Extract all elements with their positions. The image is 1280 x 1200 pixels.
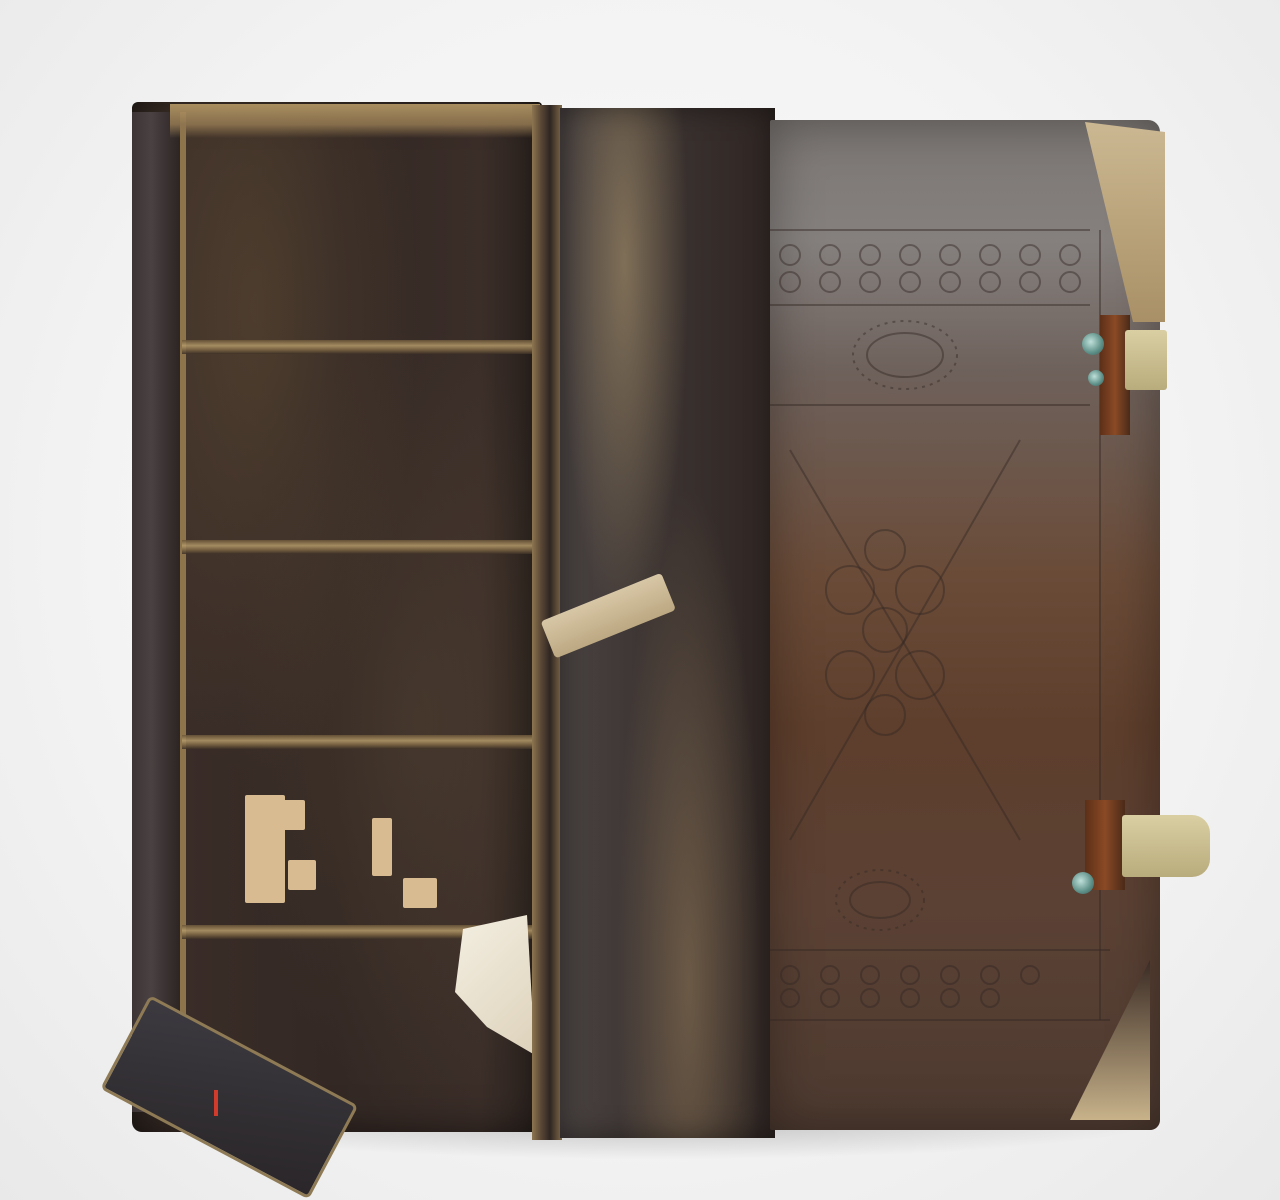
clasp-bottom <box>1122 815 1210 877</box>
spine-band-3 <box>182 735 532 749</box>
spine-top-wear <box>170 104 540 138</box>
spine-band-1 <box>182 340 532 354</box>
rivet-top-small <box>1088 370 1104 386</box>
label-remnant <box>372 818 392 876</box>
clasp-top <box>1125 330 1167 390</box>
embossed-ornament <box>770 120 1160 1130</box>
book-photo <box>0 0 1280 1200</box>
label-remnant <box>403 878 437 908</box>
spine-edge <box>132 112 186 1112</box>
rivet-top <box>1082 333 1104 355</box>
bookmark-thread <box>214 1090 218 1116</box>
rivet-bottom <box>1072 872 1094 894</box>
spine-band-2 <box>182 540 532 554</box>
label-remnant <box>283 800 305 830</box>
label-remnant <box>245 795 285 903</box>
label-remnant <box>288 860 316 890</box>
